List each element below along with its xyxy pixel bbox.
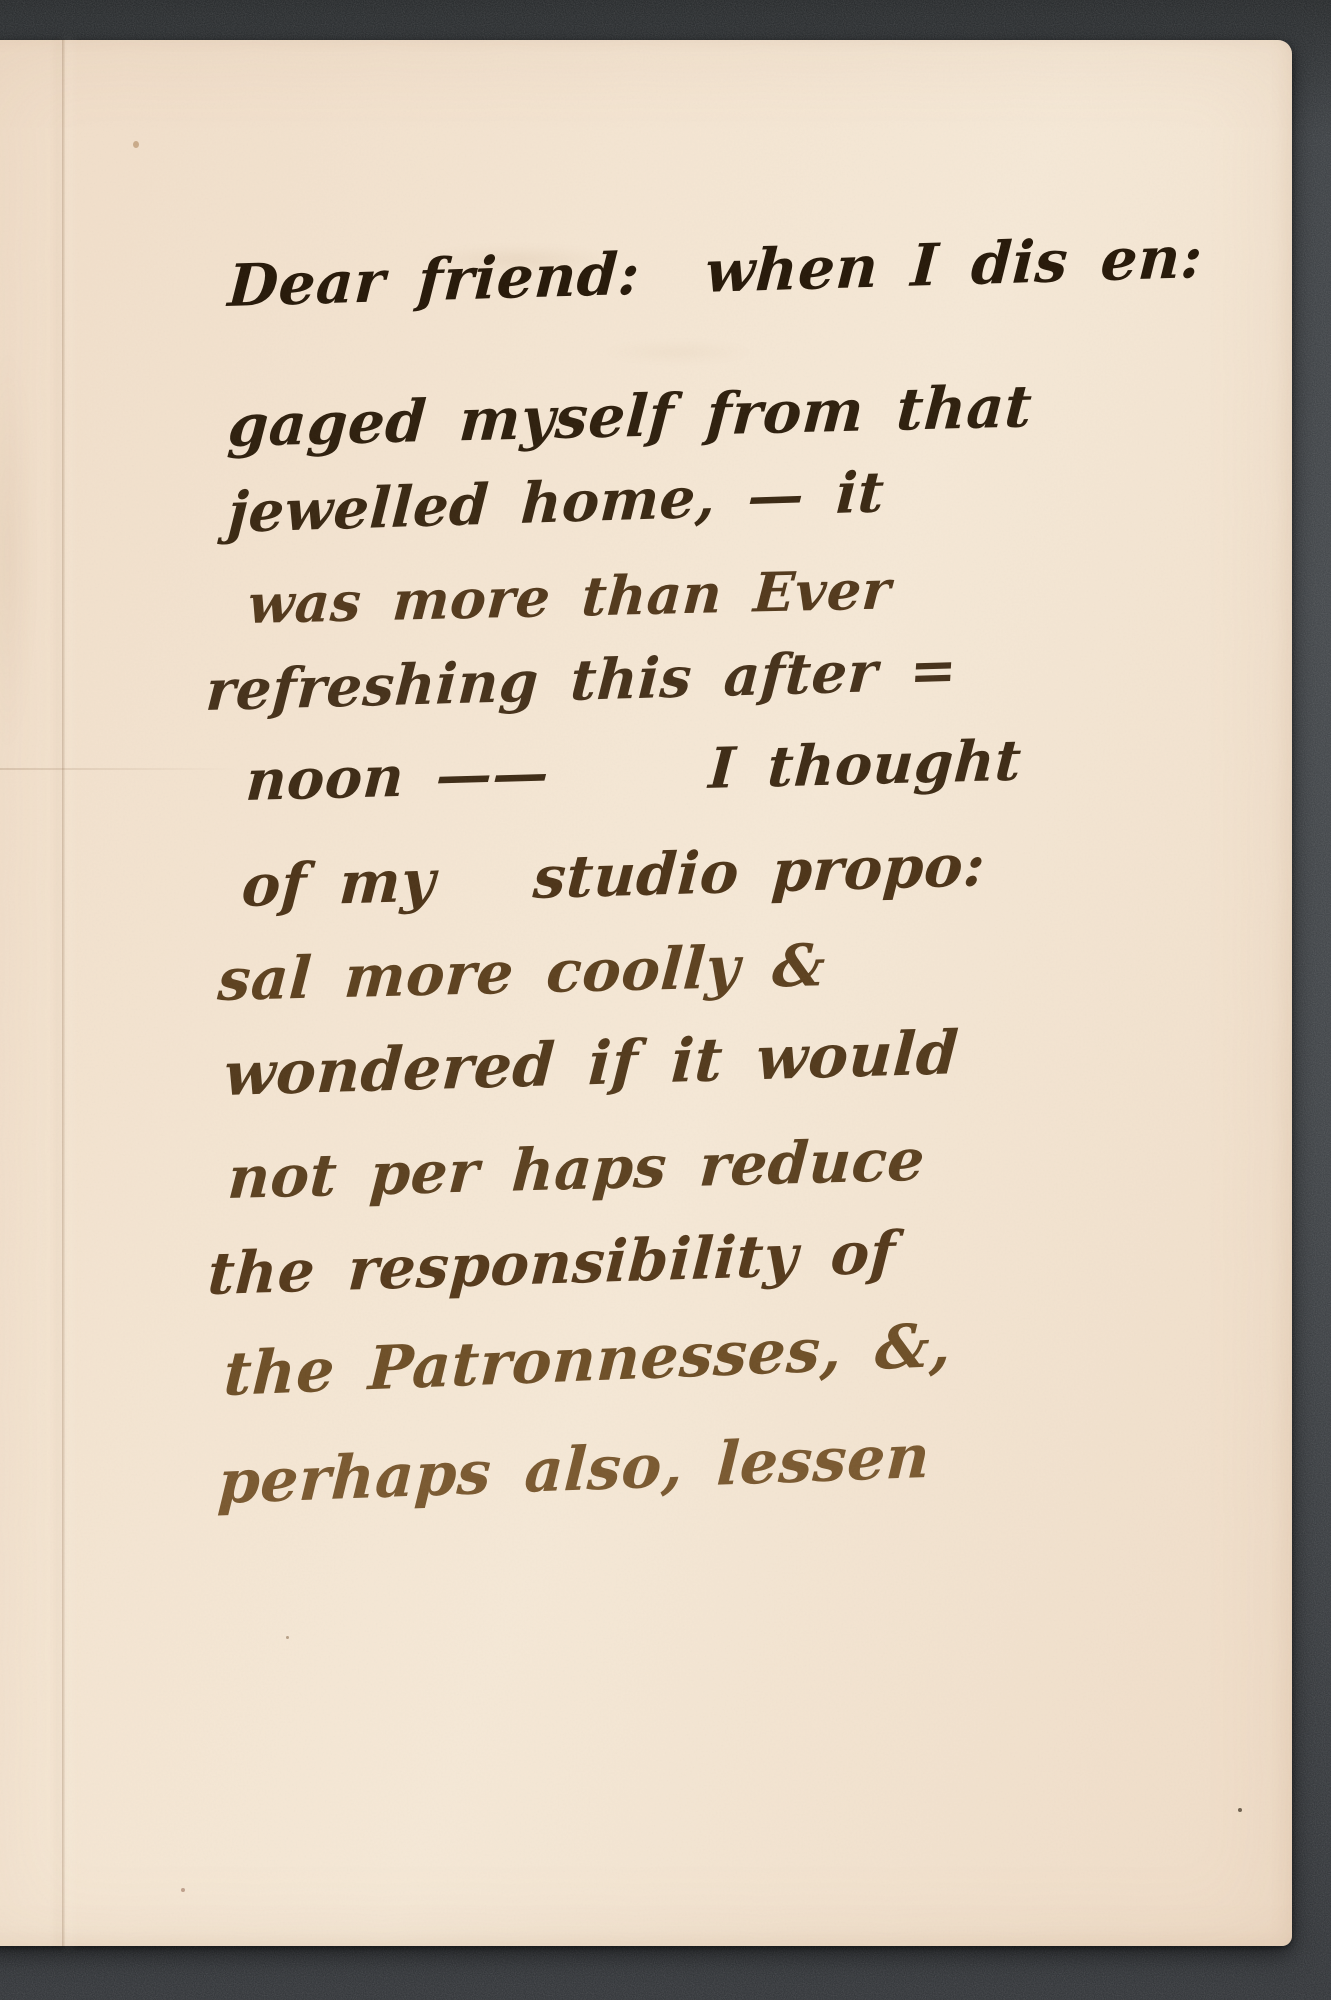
photograph: { "letter": { "lines": [ {"text": "Dear … [0, 0, 1331, 2000]
paper-grain-texture [0, 40, 1292, 1946]
letter-sheet: Dear friend: when I dis en: gaged myself… [0, 40, 1292, 1946]
